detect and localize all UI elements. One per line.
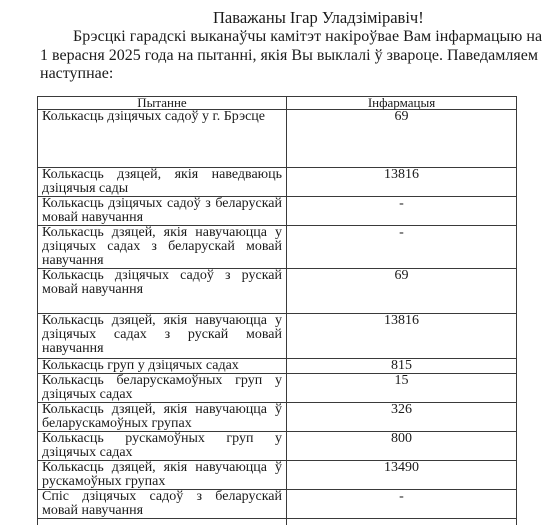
body-line: 1 верасня 2025 года на пытанні, якія Вы … <box>40 47 518 66</box>
question-cell: Колькасць беларускамоўных груп у дзіцячы… <box>38 374 287 403</box>
question-cell: Колькасць рускамоўных груп у дзіцячых са… <box>38 432 287 461</box>
body-line: Брэсцкі гарадскі выканаўчы камітэт накір… <box>40 28 518 47</box>
answer-cell: 13816 <box>287 314 517 359</box>
question-cell: Колькасць дзяцей, якія наведваюць дзіцяч… <box>38 168 287 197</box>
question-cell: Колькасць дзяцей, якія навучаюцца у дзіц… <box>38 314 287 359</box>
answer-cell: - <box>287 197 517 226</box>
table-row: Колькасць дзіцячых садоў з беларускай мо… <box>38 197 517 226</box>
question-cell: Колькасць дзяцей, якія навучаюцца у дзіц… <box>38 226 287 269</box>
answer-cell: 800 <box>287 432 517 461</box>
table-row: Спіс дзіцячых садоў з беларускай мовай н… <box>38 490 517 519</box>
table-row: Колькасць дзяцей, якія наведваюць дзіцяч… <box>38 168 517 197</box>
table-row: Колькасць беларускамоўных груп у дзіцячы… <box>38 374 517 403</box>
table-header-row: Пытанне Інфармацыя <box>38 97 517 110</box>
question-cell: Колькасць дзіцячых садоў з рускай мовай … <box>38 269 287 314</box>
answer-cell: 815 <box>287 359 517 374</box>
table-row: Колькасць дзіцячых садоў у г. Брэсце 69 <box>38 110 517 168</box>
question-cell: Спіс дзіцячых садоў з беларускай мовай н… <box>38 490 287 519</box>
question-cell: Колькасць груп у дзіцячых садах <box>38 359 287 374</box>
answer-cell: 326 <box>287 403 517 432</box>
table-row: Колькасць дзяцей, якія навучаюцца ў руск… <box>38 461 517 490</box>
table-row: Колькасць дзяцей, якія навучаюцца у дзіц… <box>38 226 517 269</box>
letter-body: Брэсцкі гарадскі выканаўчы камітэт накір… <box>40 28 518 84</box>
header-question: Пытанне <box>38 97 287 110</box>
answer-cell <box>287 519 517 525</box>
table-row: Колькасць дзіцячых садоў з рускай мовай … <box>38 269 517 314</box>
answer-cell: - <box>287 490 517 519</box>
question-cell: Колькасць дзіцячых садоў з беларускай мо… <box>38 197 287 226</box>
table-row: Колькасць рускамоўных груп у дзіцячых са… <box>38 432 517 461</box>
greeting: Паважаны Ігар Уладзіміравіч! <box>213 9 424 27</box>
body-line: наступнае: <box>40 65 518 84</box>
question-cell: Колькасць дзяцей, якія навучаюцца ў руск… <box>38 461 287 490</box>
answer-cell: 13490 <box>287 461 517 490</box>
question-cell: Колькасць дзяцей, якія навучаюцца ў бела… <box>38 403 287 432</box>
table-row-partial <box>38 519 517 525</box>
table-row: Колькасць дзяцей, якія навучаюцца ў бела… <box>38 403 517 432</box>
answer-cell: - <box>287 226 517 269</box>
answer-cell: 69 <box>287 269 517 314</box>
answer-cell: 13816 <box>287 168 517 197</box>
header-info: Інфармацыя <box>287 97 517 110</box>
answer-cell: 15 <box>287 374 517 403</box>
question-cell <box>38 519 287 525</box>
answer-cell: 69 <box>287 110 517 168</box>
table-row: Колькасць дзяцей, якія навучаюцца у дзіц… <box>38 314 517 359</box>
letter-page: Паважаны Ігар Уладзіміравіч! Брэсцкі гар… <box>0 0 556 525</box>
question-cell: Колькасць дзіцячых садоў у г. Брэсце <box>38 110 287 168</box>
table-row: Колькасць груп у дзіцячых садах 815 <box>38 359 517 374</box>
info-table: Пытанне Інфармацыя Колькасць дзіцячых са… <box>37 96 517 525</box>
